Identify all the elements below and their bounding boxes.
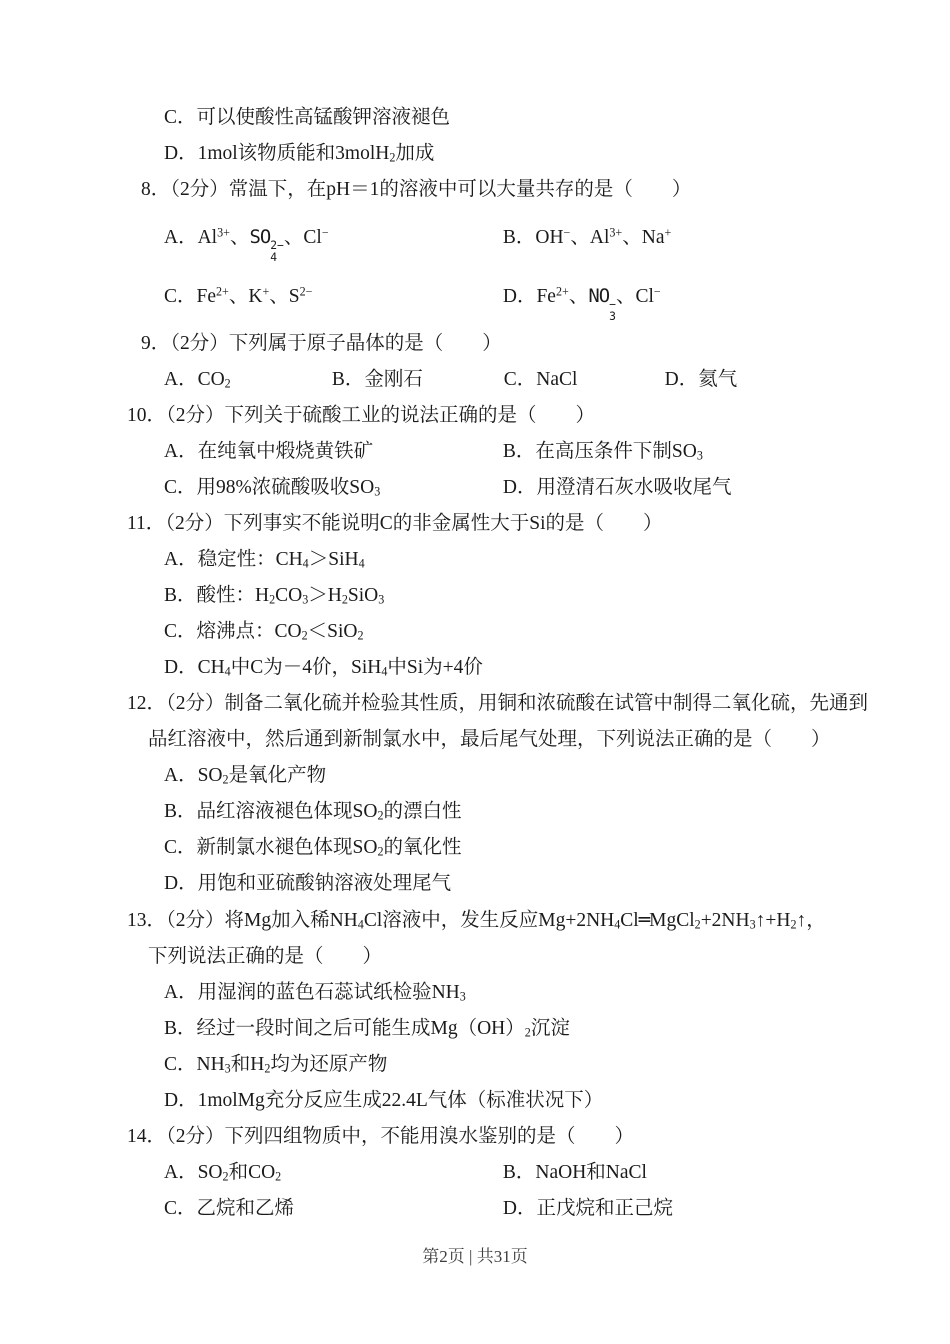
question-9-option-c: C．NaCl [504, 362, 660, 398]
question-11-stem: 11．（2分）下列事实不能说明C的非金属性大于Si的是（ ） [0, 506, 950, 542]
question-14-option-a: A．SO2和CO2 [164, 1155, 498, 1191]
question-11-option-b: B．酸性：H2CO3＞H2SiO3 [0, 578, 950, 614]
exam-page: C．可以使酸性高锰酸钾溶液褪色 D．1mol该物质能和3molH2加成 8．（2… [0, 0, 950, 1275]
question-12-option-a: A．SO2是氧化产物 [0, 758, 950, 794]
question-12-option-b: B．品红溶液褪色体现SO2的漂白性 [0, 794, 950, 830]
question-11-option-c: C．熔沸点：CO2＜SiO2 [0, 614, 950, 650]
question-13-stem-line-1: 13．（2分）将Mg加入稀NH4Cl溶液中，发生反应Mg+2NH4Cl═MgCl… [0, 902, 950, 939]
question-9-stem: 9．（2分）下列属于原子晶体的是（ ） [0, 326, 950, 362]
question-10-options-row-1: A．在纯氧中煅烧黄铁矿 B．在高压条件下制SO3 [0, 434, 950, 470]
question-10-options-row-2: C．用98%浓硫酸吸收SO3 D．用澄清石灰水吸收尾气 [0, 470, 950, 506]
question-10-option-d: D．用澄清石灰水吸收尾气 [503, 477, 732, 498]
question-13-option-c: C．NH3和H2均为还原产物 [0, 1047, 950, 1083]
question-8-stem: 8．（2分）常温下，在pH＝1的溶液中可以大量共存的是（ ） [0, 172, 950, 208]
question-10-option-b: B．在高压条件下制SO3 [503, 441, 703, 462]
question-10-option-a: A．在纯氧中煅烧黄铁矿 [164, 434, 498, 470]
question-14-option-b: B．NaOH和NaCl [503, 1162, 647, 1183]
question-8-option-d: D．Fe2+、NO−3、Cl− [503, 286, 661, 307]
question-14-options-row-2: C．乙烷和乙烯 D．正戊烷和正己烷 [0, 1191, 950, 1227]
question-11-option-a: A．稳定性：CH4＞SiH4 [0, 542, 950, 578]
question-14-options-row-1: A．SO2和CO2 B．NaOH和NaCl [0, 1155, 950, 1191]
question-10-stem: 10．（2分）下列关于硫酸工业的说法正确的是（ ） [0, 398, 950, 434]
question-7-option-d: D．1mol该物质能和3molH2加成 [0, 136, 950, 172]
question-8-options-row-2: C．Fe2+、K+、S2− D．Fe2+、NO−3、Cl− [0, 267, 950, 326]
question-12-option-d: D．用饱和亚硫酸钠溶液处理尾气 [0, 866, 950, 902]
question-9-option-b: B．金刚石 [332, 362, 499, 398]
question-11-option-d: D．CH4中C为－4价，SiH4中Si为+4价 [0, 650, 950, 686]
question-9-option-a: A．CO2 [164, 362, 327, 398]
question-14-option-c: C．乙烷和乙烯 [164, 1191, 498, 1227]
question-8-option-c: C．Fe2+、K+、S2− [164, 268, 498, 326]
question-8-option-a: A．Al3+、SO2−4、Cl− [164, 208, 498, 267]
question-12-stem-line-2: 品红溶液中，然后通到新制氯水中，最后尾气处理，下列说法正确的是（ ） [0, 722, 950, 758]
question-9-option-d: D．氦气 [665, 369, 738, 390]
page-number-footer: 第2页 | 共31页 [0, 1239, 950, 1275]
question-13-option-b: B．经过一段时间之后可能生成Mg（OH）2沉淀 [0, 1011, 950, 1047]
question-14-option-d: D．正戊烷和正己烷 [503, 1198, 673, 1219]
question-8-options-row-1: A．Al3+、SO2−4、Cl− B．OH−、Al3+、Na+ [0, 208, 950, 267]
question-9-options-row: A．CO2 B．金刚石 C．NaCl D．氦气 [0, 362, 950, 398]
question-7-option-c: C．可以使酸性高锰酸钾溶液褪色 [0, 100, 950, 136]
question-13-option-a: A．用湿润的蓝色石蕊试纸检验NH3 [0, 975, 950, 1011]
question-13-option-d: D．1molMg充分反应生成22.4L气体（标准状况下） [0, 1083, 950, 1119]
question-8-option-b: B．OH−、Al3+、Na+ [503, 227, 671, 248]
question-12-option-c: C．新制氯水褪色体现SO2的氧化性 [0, 830, 950, 866]
question-10-option-c: C．用98%浓硫酸吸收SO3 [164, 470, 498, 506]
question-12-stem-line-1: 12．（2分）制备二氧化硫并检验其性质，用铜和浓硫酸在试管中制得二氧化硫，先通到 [0, 686, 950, 722]
question-14-stem: 14．（2分）下列四组物质中，不能用溴水鉴别的是（ ） [0, 1119, 950, 1155]
question-13-stem-line-2: 下列说法正确的是（ ） [0, 939, 950, 975]
